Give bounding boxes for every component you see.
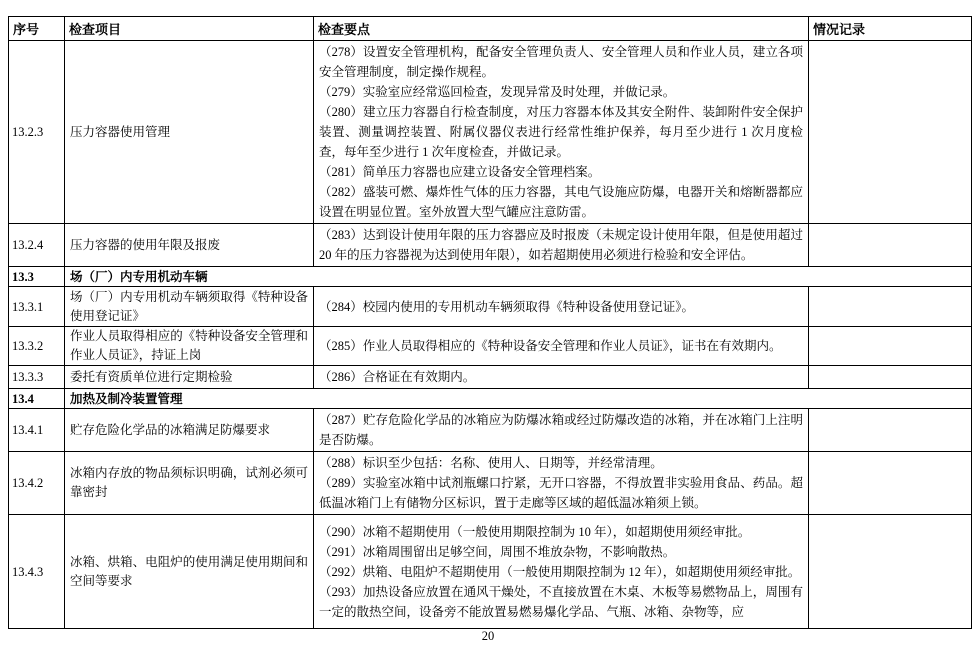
table-header-row: 序号 检查项目 检查要点 情况记录 — [9, 17, 972, 41]
row-record-cell[interactable] — [809, 452, 972, 515]
row-record-cell[interactable] — [809, 366, 972, 389]
inspection-checklist-table: 序号 检查项目 检查要点 情况记录 13.2.3 压力容器使用管理 （278）设… — [8, 16, 972, 629]
row-no-cell: 13.2.4 — [9, 224, 65, 267]
row-record-cell[interactable] — [809, 41, 972, 224]
row-points-cell: （285）作业人员取得相应的《特种设备安全管理和作业人员证》，证书在有效期内。 — [314, 327, 809, 366]
table-row: 13.2.3 压力容器使用管理 （278）设置安全管理机构，配备安全管理负责人、… — [9, 41, 972, 224]
table-row: 13.3.1 场（厂）内专用机动车辆须取得《特种设备使用登记证》 （284）校园… — [9, 287, 972, 327]
row-record-cell[interactable] — [809, 327, 972, 366]
row-points-cell: （283）达到设计使用年限的压力容器应及时报废（未规定设计使用年限，但是使用超过… — [314, 224, 809, 267]
row-points-cell: （290）冰箱不超期使用（一般使用期限控制为 10 年），如超期使用须经审批。 … — [314, 515, 809, 629]
section-title-cell: 加热及制冷装置管理 — [65, 389, 972, 409]
section-no-cell: 13.4 — [9, 389, 65, 409]
row-no-cell: 13.4.1 — [9, 409, 65, 452]
table-row: 13.4.1 贮存危险化学品的冰箱满足防爆要求 （287）贮存危险化学品的冰箱应… — [9, 409, 972, 452]
row-item-cell: 贮存危险化学品的冰箱满足防爆要求 — [65, 409, 314, 452]
row-points-cell: （287）贮存危险化学品的冰箱应为防爆冰箱或经过防爆改造的冰箱，并在冰箱门上注明… — [314, 409, 809, 452]
row-no-cell: 13.4.2 — [9, 452, 65, 515]
table-row: 13.4.2 冰箱内存放的物品须标识明确，试剂必须可靠密封 （288）标识至少包… — [9, 452, 972, 515]
header-item: 检查项目 — [65, 17, 314, 41]
header-no: 序号 — [9, 17, 65, 41]
row-item-cell: 委托有资质单位进行定期检验 — [65, 366, 314, 389]
row-no-cell: 13.3.2 — [9, 327, 65, 366]
header-record: 情况记录 — [809, 17, 972, 41]
section-no-cell: 13.3 — [9, 267, 65, 287]
row-record-cell[interactable] — [809, 224, 972, 267]
row-record-cell[interactable] — [809, 287, 972, 327]
row-no-cell: 13.3.1 — [9, 287, 65, 327]
section-row: 13.4 加热及制冷装置管理 — [9, 389, 972, 409]
row-points-cell: （278）设置安全管理机构，配备安全管理负责人、安全管理人员和作业人员，建立各项… — [314, 41, 809, 224]
row-item-cell: 冰箱内存放的物品须标识明确，试剂必须可靠密封 — [65, 452, 314, 515]
row-item-cell: 压力容器的使用年限及报废 — [65, 224, 314, 267]
table-row: 13.4.3 冰箱、烘箱、电阻炉的使用满足使用期间和空间等要求 （290）冰箱不… — [9, 515, 972, 629]
section-title-cell: 场（厂）内专用机动车辆 — [65, 267, 972, 287]
row-item-cell: 作业人员取得相应的《特种设备安全管理和作业人员证》，持证上岗 — [65, 327, 314, 366]
row-record-cell[interactable] — [809, 515, 972, 629]
row-no-cell: 13.3.3 — [9, 366, 65, 389]
row-item-cell: 场（厂）内专用机动车辆须取得《特种设备使用登记证》 — [65, 287, 314, 327]
row-points-cell: （288）标识至少包括：名称、使用人、日期等，并经常清理。 （289）实验室冰箱… — [314, 452, 809, 515]
row-no-cell: 13.4.3 — [9, 515, 65, 629]
page-number: 20 — [0, 629, 976, 644]
row-item-cell: 冰箱、烘箱、电阻炉的使用满足使用期间和空间等要求 — [65, 515, 314, 629]
table-row: 13.3.3 委托有资质单位进行定期检验 （286）合格证在有效期内。 — [9, 366, 972, 389]
document-page: 序号 检查项目 检查要点 情况记录 13.2.3 压力容器使用管理 （278）设… — [0, 0, 976, 649]
header-points: 检查要点 — [314, 17, 809, 41]
row-points-cell: （286）合格证在有效期内。 — [314, 366, 809, 389]
section-row: 13.3 场（厂）内专用机动车辆 — [9, 267, 972, 287]
table-row: 13.3.2 作业人员取得相应的《特种设备安全管理和作业人员证》，持证上岗 （2… — [9, 327, 972, 366]
row-item-cell: 压力容器使用管理 — [65, 41, 314, 224]
row-points-cell: （284）校园内使用的专用机动车辆须取得《特种设备使用登记证》。 — [314, 287, 809, 327]
table-row: 13.2.4 压力容器的使用年限及报废 （283）达到设计使用年限的压力容器应及… — [9, 224, 972, 267]
row-no-cell: 13.2.3 — [9, 41, 65, 224]
row-record-cell[interactable] — [809, 409, 972, 452]
